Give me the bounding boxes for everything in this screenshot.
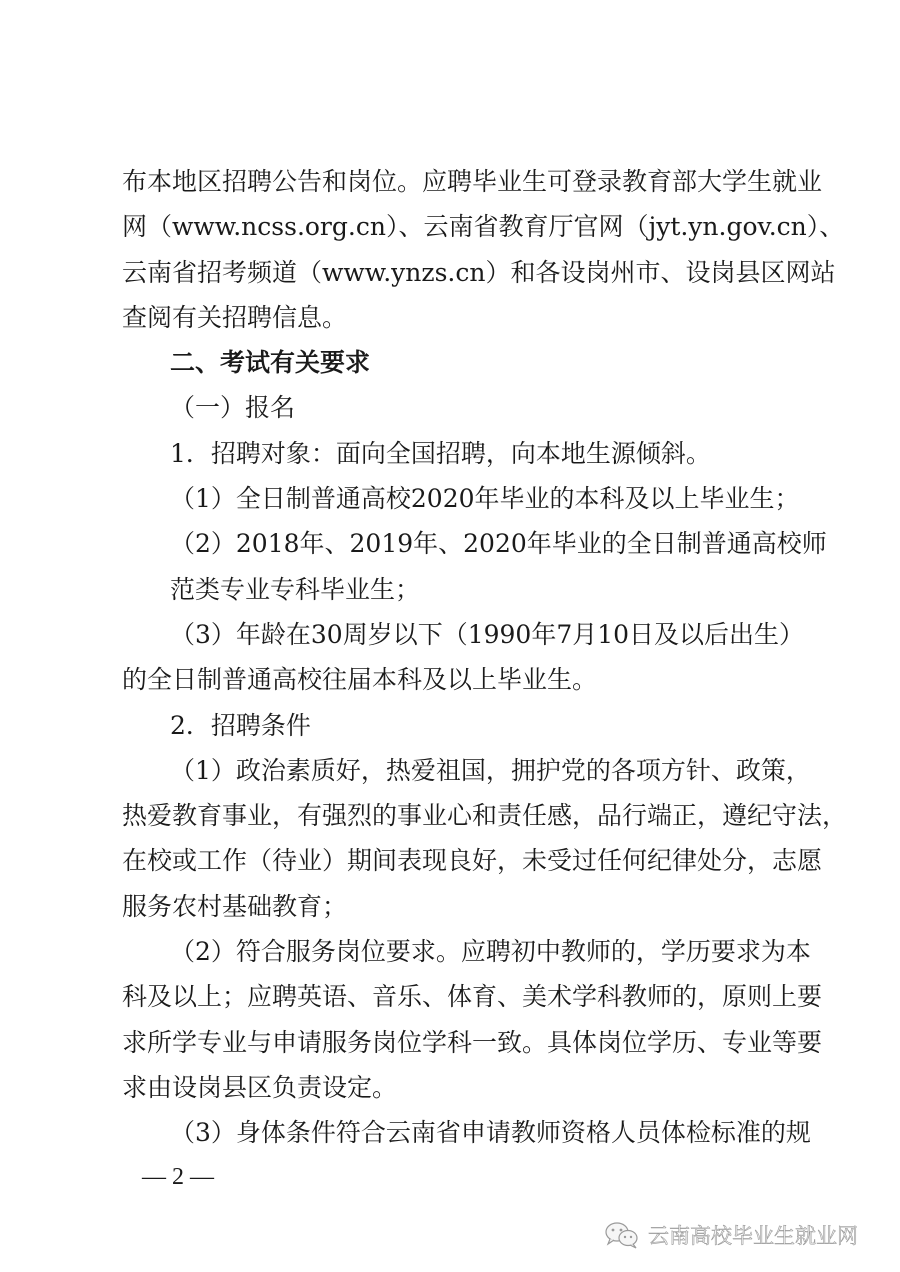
document-page: 布本地区招聘公告和岗位。应聘毕业生可登录教育部大学生就业 网（www.ncss.… xyxy=(0,0,900,1272)
page-number: — 2 — xyxy=(142,1164,214,1191)
text-line: 在校或工作（待业）期间表现良好，未受过任何纪律处分，志愿 xyxy=(122,838,794,883)
text-line: 热爱教育事业，有强烈的事业心和责任感，品行端正，遵纪守法， xyxy=(122,793,794,838)
list-item: （2）符合服务岗位要求。应聘初中教师的，学历要求为本 xyxy=(122,929,794,974)
text-line: 的全日制普通高校往届本科及以上毕业生。 xyxy=(122,657,794,702)
text-line: 查阅有关招聘信息。 xyxy=(122,295,794,340)
text-line: 科及以上；应聘英语、音乐、体育、美术学科教师的，原则上要 xyxy=(122,974,794,1019)
list-item: （3）身体条件符合云南省申请教师资格人员体检标准的规 xyxy=(122,1110,794,1155)
watermark-text: 云南高校毕业生就业网 xyxy=(648,1220,858,1250)
list-item: （2）2018年、2019年、2020年毕业的全日制普通高校师 xyxy=(122,521,794,566)
list-item: （1）全日制普通高校2020年毕业的本科及以上毕业生； xyxy=(122,476,794,521)
list-item: （3）年龄在30周岁以下（1990年7月10日及以后出生） xyxy=(122,612,794,657)
list-item: 1．招聘对象：面向全国招聘，向本地生源倾斜。 xyxy=(122,431,794,476)
list-item: （1）政治素质好，热爱祖国，拥护党的各项方针、政策， xyxy=(122,748,794,793)
subsection-heading: 2．招聘条件 xyxy=(122,703,794,748)
text-line: 网（www.ncss.org.cn）、云南省教育厅官网（jyt.yn.gov.c… xyxy=(122,204,794,249)
text-line: 云南省招考频道（www.ynzs.cn）和各设岗州市、设岗县区网站 xyxy=(122,250,794,295)
section-heading: 二、考试有关要求 xyxy=(122,340,794,385)
text-line: 范类专业专科毕业生； xyxy=(122,567,794,612)
text-line: 服务农村基础教育； xyxy=(122,884,794,929)
subsection-heading: （一）报名 xyxy=(122,385,794,430)
text-line: 求所学专业与申请服务岗位学科一致。具体岗位学历、专业等要 xyxy=(122,1020,794,1065)
text-line: 求由设岗县区负责设定。 xyxy=(122,1065,794,1110)
document-body: 布本地区招聘公告和岗位。应聘毕业生可登录教育部大学生就业 网（www.ncss.… xyxy=(122,159,794,1156)
text-line: 布本地区招聘公告和岗位。应聘毕业生可登录教育部大学生就业 xyxy=(122,159,794,204)
watermark: 云南高校毕业生就业网 xyxy=(604,1220,858,1250)
wechat-icon xyxy=(604,1221,640,1249)
